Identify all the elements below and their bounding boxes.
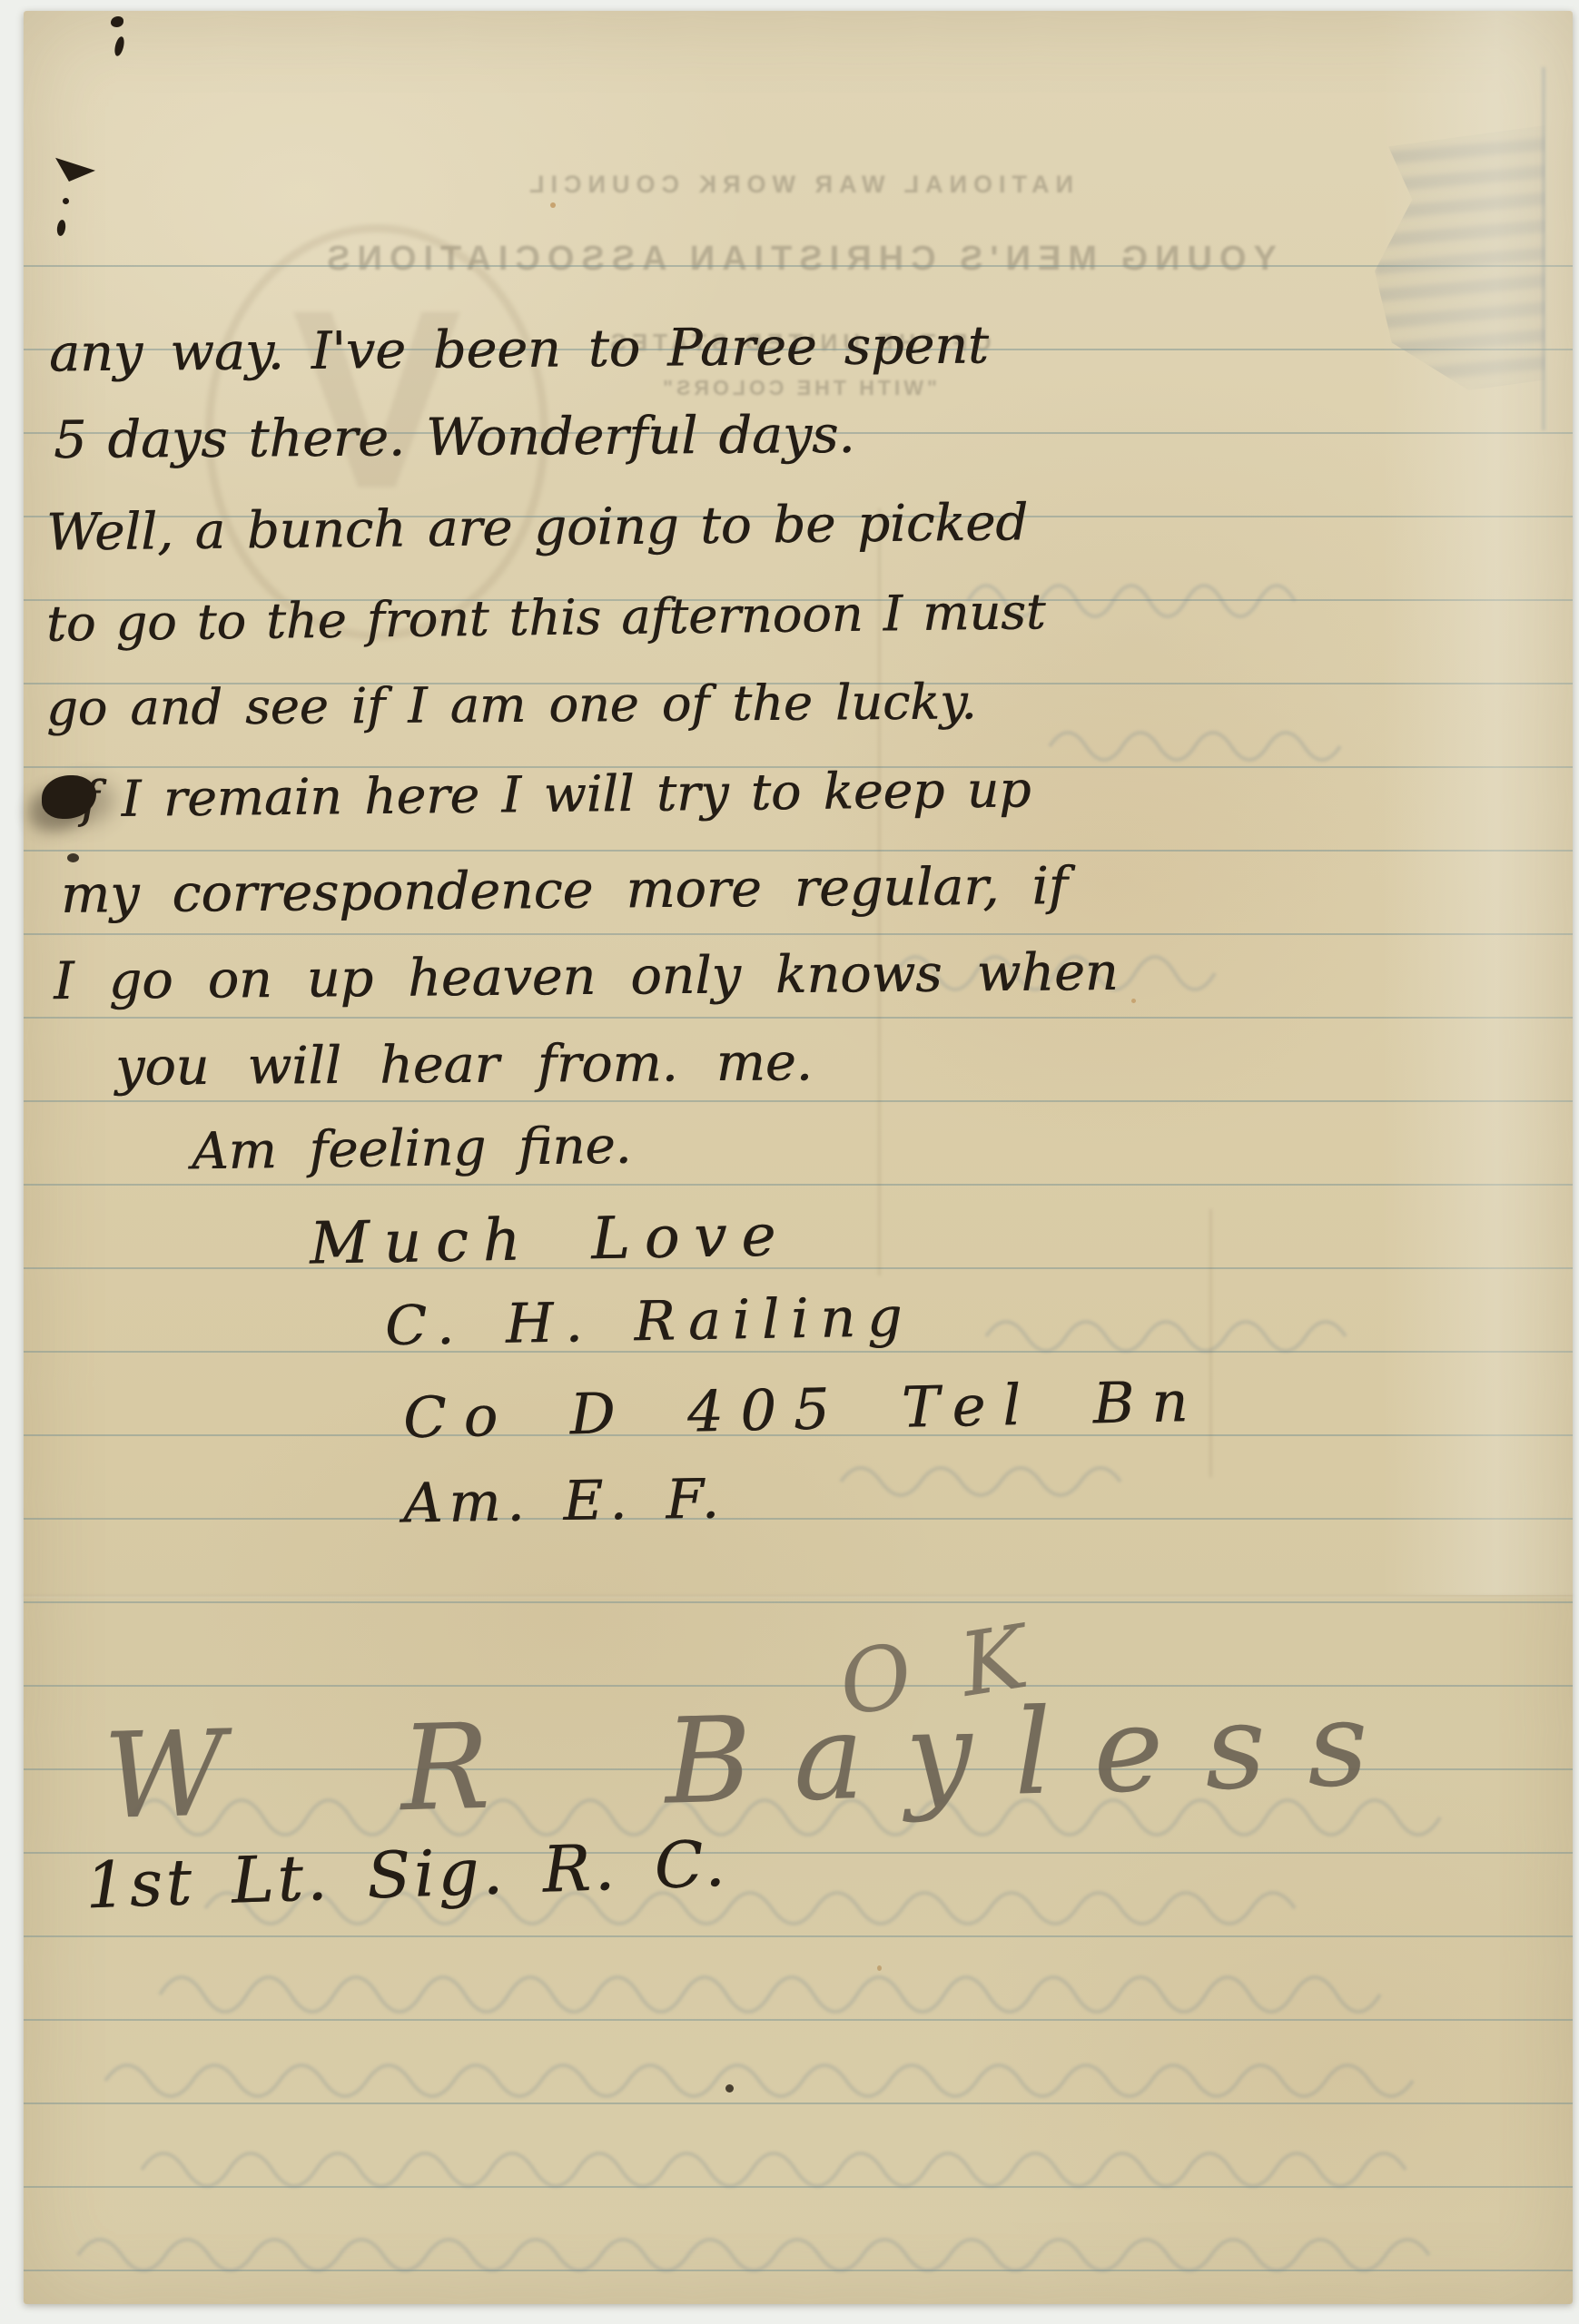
letter-line-4: to go to the front this afternoon I must xyxy=(46,583,1046,652)
fold-crease-horizontal xyxy=(24,1595,1573,1598)
foxing-speck-3 xyxy=(877,1965,882,1971)
letter-line-2: 5 days there. Wonderful days. xyxy=(54,405,855,470)
ink-blot-arrow xyxy=(55,153,95,182)
censor-signature: W R Bayless xyxy=(102,1673,1411,1846)
scan-light-band xyxy=(1382,11,1573,1595)
fold-crease-vertical-2 xyxy=(1209,1209,1212,1477)
letter-line-1: any way. I've been to Paree spent xyxy=(49,315,989,383)
letter-line-7: my correspondence more regular, if xyxy=(61,856,1068,925)
letter-line-8: I go on up heaven only knows when xyxy=(54,942,1119,1011)
letterhead-line-1: NATIONAL WAR WORK COUNCIL xyxy=(24,171,1573,199)
letter-scan-page: { "document": { "type": "handwritten let… xyxy=(0,0,1579,2324)
letter-line-3: Well, a bunch are going to be picked xyxy=(46,493,1029,562)
ink-dash-1 xyxy=(56,219,66,236)
letter-line-6: If I remain here I will try to keep up xyxy=(61,760,1031,828)
closing-signature: C. H. Railing xyxy=(384,1285,913,1358)
closing-line-2: Much Love xyxy=(309,1202,790,1277)
letter-paper: NATIONAL WAR WORK COUNCIL YOUNG MEN'S CH… xyxy=(24,11,1573,2304)
closing-line-1: Am feeling fine. xyxy=(192,1117,632,1182)
foxing-speck-1 xyxy=(550,202,556,208)
letterhead-line-2: YOUNG MEN'S CHRISTIAN ASSOCIATIONS xyxy=(24,240,1573,279)
ink-period-bottom xyxy=(725,2084,734,2093)
ink-speck-top-2 xyxy=(113,35,125,57)
letter-line-9: you will hear from. me. xyxy=(115,1032,813,1097)
closing-aef: Am. E. F. xyxy=(403,1468,726,1536)
ink-dot-1 xyxy=(63,198,69,204)
letter-line-5: go and see if I am one of the lucky. xyxy=(46,673,977,736)
closing-unit: Co D 405 Tel Bn xyxy=(402,1368,1206,1451)
ink-speck-top-1 xyxy=(111,16,123,27)
ink-dot-2 xyxy=(67,853,79,862)
foxing-speck-2 xyxy=(1131,999,1136,1003)
